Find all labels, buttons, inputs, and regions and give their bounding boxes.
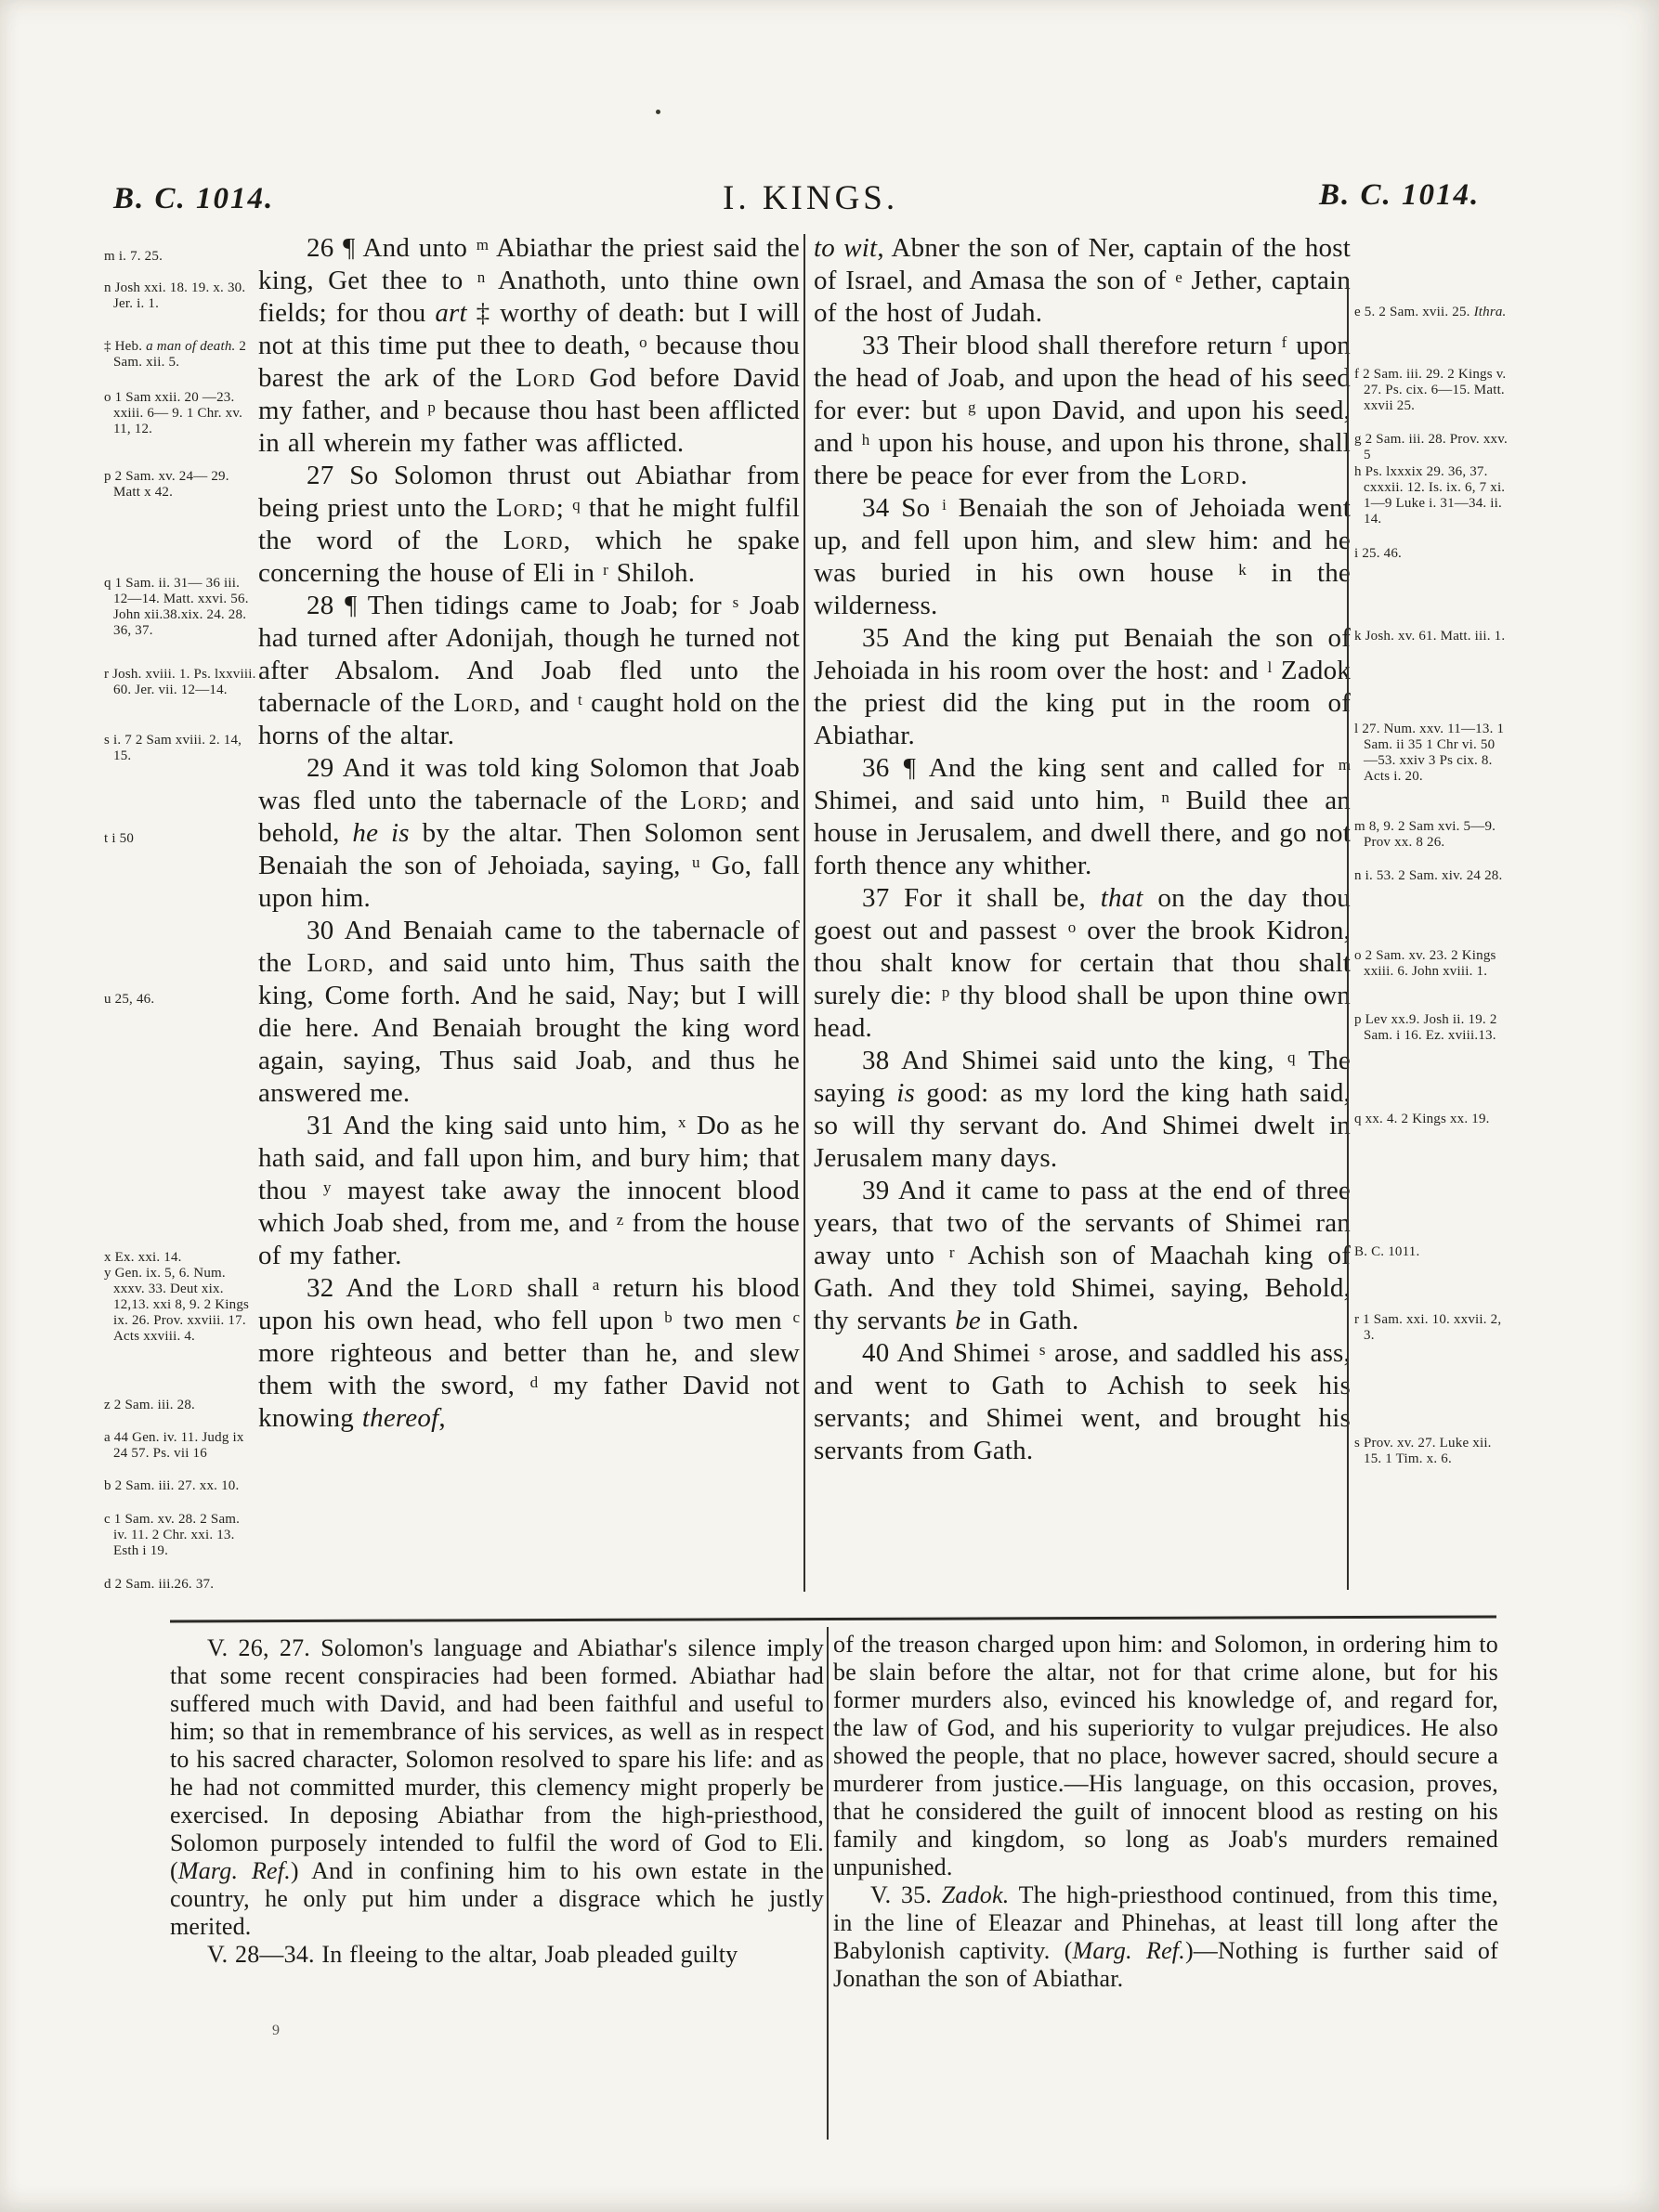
text-run: Shiloh. [608, 558, 695, 588]
verse-34: 34 So i Benaiah the son of Jehoiada went… [814, 492, 1351, 622]
ref-s: s i. 7 2 Sam xviii. 2. 14, 15. [104, 733, 257, 764]
ref-g: g 2 Sam. iii. 28. Prov. xxv. 5 [1354, 432, 1508, 463]
verse-32-continuation: to wit, Abner the son of Ner, captain of… [814, 232, 1351, 330]
text-run: ; [556, 493, 572, 523]
text-run: 37 For it shall be, [862, 883, 1101, 913]
reference-letter: k [1238, 561, 1247, 579]
ref-y: y Gen. ix. 5, 6. Num. xxxv. 33. Deut xix… [104, 1266, 257, 1345]
text-run: s i. 7 2 Sam xviii. 2. 14, 15. [104, 733, 242, 763]
text-run: 40 And Shimei [862, 1338, 1039, 1368]
reference-letter: d [530, 1373, 539, 1391]
reference-letter: c [792, 1308, 800, 1326]
text-run: thereof [362, 1403, 438, 1433]
book-page: B. C. 1014. I. KINGS. B. C. 1014. m i. 7… [0, 0, 1659, 2212]
text-run: 33 Their blood shall therefore return [862, 331, 1282, 360]
column-divider-rule [803, 234, 805, 1592]
commentary-section-rule [170, 1616, 1496, 1623]
verse-32: 32 And the Lord shall a return his blood… [258, 1272, 800, 1435]
ref-heb: ‡ Heb. a man of death. 2 Sam. xii. 5. [104, 339, 257, 371]
text-run: o 2 Sam. xv. 23. 2 Kings xxiii. 6. John … [1354, 948, 1496, 979]
text-run: y Gen. ix. 5, 6. Num. xxxv. 33. Deut xix… [104, 1266, 249, 1344]
ref-i: i 25. 46. [1354, 546, 1508, 562]
text-run: Lord [496, 493, 556, 523]
text-run: 38 And Shimei said unto the king, [862, 1046, 1287, 1075]
text-run: V. 28—34. In fleeing to the altar, Joab … [207, 1941, 738, 1968]
reference-letter: b [664, 1308, 673, 1326]
text-run: , [438, 1403, 445, 1433]
ref-a: a 44 Gen. iv. 11. Judg ix 24 57. Ps. vii… [104, 1430, 257, 1462]
text-run: in Gath. [981, 1306, 1078, 1335]
ref-x: x Ex. xxi. 14. [104, 1250, 257, 1266]
text-run: V. 35. [870, 1881, 942, 1908]
text-run: x Ex. xxi. 14. [104, 1250, 182, 1265]
text-run: u 25, 46. [104, 992, 154, 1007]
text-run: . [1240, 461, 1247, 490]
text-run: b 2 Sam. iii. 27. xx. 10. [104, 1478, 239, 1493]
ref-n: n Josh xxi. 18. 19. x. 30. Jer. i. 1. [104, 280, 257, 312]
text-run: , and [514, 688, 578, 718]
reference-letter: h [862, 431, 870, 449]
text-run: Lord [307, 948, 367, 978]
commentary-column-right: of the treason charged upon him: and Sol… [833, 1631, 1498, 1993]
ref-z: z 2 Sam. iii. 28. [104, 1398, 257, 1413]
text-run: s Prov. xv. 27. Luke xii. 15. 1 Tim. x. … [1354, 1436, 1492, 1466]
text-run: g 2 Sam. iii. 28. Prov. xxv. 5 [1354, 432, 1508, 462]
ref-d: d 2 Sam. iii.26. 37. [104, 1577, 257, 1593]
verse-28: 28 ¶ Then tidings came to Joab; for s Jo… [258, 590, 800, 752]
text-run: e 5. 2 Sam. xvii. 25. [1354, 305, 1474, 319]
text-run: n Josh xxi. 18. 19. x. 30. Jer. i. 1. [104, 280, 245, 311]
ref-k: k Josh. xv. 61. Matt. iii. 1. [1354, 629, 1508, 644]
ref-f: f 2 Sam. iii. 29. 2 Kings v. 27. Ps. cix… [1354, 367, 1508, 414]
text-run: i 25. 46. [1354, 546, 1402, 561]
verse-31: 31 And the king said unto him, x Do as h… [258, 1110, 800, 1272]
reference-letter: p [427, 398, 436, 416]
text-run: p 2 Sam. xv. 24— 29. Matt x 42. [104, 469, 229, 500]
text-run: c 1 Sam. xv. 28. 2 Sam. iv. 11. 2 Chr. x… [104, 1512, 240, 1558]
right-margin-divider-rule [1347, 279, 1349, 1590]
ink-speck [656, 110, 660, 114]
text-run: is [896, 1078, 915, 1108]
text-run: p Lev xx.9. Josh ii. 19. 2 Sam. i 16. Ez… [1354, 1012, 1497, 1043]
text-run: 28 ¶ Then tidings came to Joab; for [307, 591, 733, 620]
reference-letter: m [477, 236, 489, 254]
text-run: Ithra. [1474, 305, 1507, 319]
text-run: he is [352, 818, 409, 848]
ref-p2: p Lev xx.9. Josh ii. 19. 2 Sam. i 16. Ez… [1354, 1012, 1508, 1044]
text-run: q 1 Sam. ii. 31— 36 iii. 12—14. Matt. xx… [104, 576, 249, 638]
text-run: o 1 Sam xxii. 20 —23. xxiii. 6— 9. 1 Chr… [104, 390, 242, 436]
verse-27: 27 So Solomon thrust out Abiathar from b… [258, 460, 800, 590]
verse-39: 39 And it came to pass at the end of thr… [814, 1175, 1351, 1337]
ref-p: p 2 Sam. xv. 24— 29. Matt x 42. [104, 469, 257, 501]
text-run: a 44 Gen. iv. 11. Judg ix 24 57. Ps. vii… [104, 1430, 244, 1461]
ref-r: r Josh. xviii. 1. Ps. lxxviii. 60. Jer. … [104, 667, 257, 698]
ref-l: l 27. Num. xxv. 11—13. 1 Sam. ii 35 1 Ch… [1354, 722, 1508, 785]
text-run: f 2 Sam. iii. 29. 2 Kings v. 27. Ps. cix… [1354, 367, 1506, 413]
ref-t: t i 50 [104, 831, 257, 847]
text-run: t i 50 [104, 831, 134, 846]
commentary-column-left: V. 26, 27. Solomon's language and Abiath… [170, 1634, 824, 1969]
scripture-column-1: 26 ¶ And unto m Abiathar the priest said… [258, 232, 800, 1435]
text-run: Lord [453, 688, 514, 718]
ref-o: o 1 Sam xxii. 20 —23. xxiii. 6— 9. 1 Chr… [104, 390, 257, 437]
text-run: Marg. Ref. [178, 1857, 291, 1884]
verse-36: 36 ¶ And the king sent and called for m … [814, 752, 1351, 882]
verse-30: 30 And Benaiah came to the tabernacle of… [258, 915, 800, 1110]
verse-38: 38 And Shimei said unto the king, q The … [814, 1045, 1351, 1175]
ref-e: e 5. 2 Sam. xvii. 25. Ithra. [1354, 305, 1508, 320]
reference-letter: n [1161, 788, 1169, 806]
reference-letter: o [639, 333, 647, 351]
text-run: to wit [814, 233, 877, 263]
text-run: art [435, 298, 466, 328]
text-run: l 27. Num. xxv. 11—13. 1 Sam. ii 35 1 Ch… [1354, 722, 1504, 784]
ref-r2: r 1 Sam. xxi. 10. xxvii. 2, 3. [1354, 1312, 1508, 1344]
ref-n2: n i. 53. 2 Sam. xiv. 24 28. [1354, 868, 1508, 884]
ref-m2: m 8, 9. 2 Sam xvi. 5—9. Prov xx. 8 26. [1354, 819, 1508, 851]
page-title: I. KINGS. [723, 178, 898, 218]
text-run: Marg. Ref. [1072, 1937, 1184, 1964]
verse-29: 29 And it was told king Solomon that Joa… [258, 752, 800, 915]
printers-mark: 9 [272, 2023, 280, 2039]
verse-35: 35 And the king put Benaiah the son of J… [814, 622, 1351, 752]
verse-26: 26 ¶ And unto m Abiathar the priest said… [258, 232, 800, 460]
reference-letter: e [1175, 268, 1182, 286]
text-run: 31 And the king said unto him, [307, 1111, 678, 1140]
text-run: r 1 Sam. xxi. 10. xxvii. 2, 3. [1354, 1312, 1501, 1343]
reference-letter: m [1339, 756, 1351, 774]
text-run: Lord [680, 786, 740, 815]
text-run: that [1101, 883, 1143, 913]
reference-letter: u [692, 853, 700, 871]
text-run: Lord [516, 363, 576, 393]
text-run: 26 ¶ And unto [307, 233, 477, 263]
text-run: upon his house, and upon his throne, sha… [814, 428, 1351, 490]
text-run: ‡ Heb. [104, 339, 146, 354]
verse-40: 40 And Shimei s arose, and saddled his a… [814, 1337, 1351, 1467]
reference-letter: n [477, 268, 486, 286]
text-run: h Ps. lxxxix 29. 36, 37. cxxxii. 12. Is.… [1354, 464, 1505, 527]
commentary-divider-rule [827, 1627, 829, 2140]
text-run: r Josh. xviii. 1. Ps. lxxviii. 60. Jer. … [104, 667, 256, 697]
text-run: two men [673, 1306, 793, 1335]
note-v28-34-continuation: of the treason charged upon him: and Sol… [833, 1631, 1498, 1881]
ref-h: h Ps. lxxxix 29. 36, 37. cxxxii. 12. Is.… [1354, 464, 1508, 527]
ref-u: u 25, 46. [104, 992, 257, 1008]
ref-o2: o 2 Sam. xv. 23. 2 Kings xxiii. 6. John … [1354, 948, 1508, 980]
text-run: Shimei, and said unto him, [814, 786, 1161, 815]
reference-letter: q [572, 496, 581, 514]
ref-b: b 2 Sam. iii. 27. xx. 10. [104, 1478, 257, 1494]
text-run: V. 26, 27. Solomon's language and Abiath… [170, 1634, 824, 1884]
text-run: k Josh. xv. 61. Matt. iii. 1. [1354, 629, 1505, 644]
text-run: Lord [453, 1273, 514, 1303]
text-run: d 2 Sam. iii.26. 37. [104, 1577, 214, 1592]
text-run: z 2 Sam. iii. 28. [104, 1398, 195, 1412]
note-v26-27: V. 26, 27. Solomon's language and Abiath… [170, 1634, 824, 1941]
text-run: m 8, 9. 2 Sam xvi. 5—9. Prov xx. 8 26. [1354, 819, 1496, 850]
text-run: 36 ¶ And the king sent and called for [862, 753, 1339, 783]
text-run: shall [514, 1273, 593, 1303]
text-run: Lord [1181, 461, 1241, 490]
text-run: Zadok. [942, 1881, 1010, 1908]
text-run: a man of death. [146, 339, 235, 354]
ref-s2: s Prov. xv. 27. Luke xii. 15. 1 Tim. x. … [1354, 1436, 1508, 1467]
ref-q2: q xx. 4. 2 Kings xx. 19. [1354, 1112, 1508, 1127]
ref-c: c 1 Sam. xv. 28. 2 Sam. iv. 11. 2 Chr. x… [104, 1512, 257, 1559]
text-run: m i. 7. 25. [104, 249, 163, 264]
text-run: n i. 53. 2 Sam. xiv. 24 28. [1354, 868, 1502, 883]
note-v35: V. 35. Zadok. The high-priesthood contin… [833, 1881, 1498, 1993]
ref-m: m i. 7. 25. [104, 249, 257, 265]
note-v28-34: V. 28—34. In fleeing to the altar, Joab … [170, 1941, 824, 1969]
verse-37: 37 For it shall be, that on the day thou… [814, 882, 1351, 1045]
ref-q: q 1 Sam. ii. 31— 36 iii. 12—14. Matt. xx… [104, 576, 257, 639]
text-run: be [955, 1306, 981, 1335]
scripture-column-2: to wit, Abner the son of Ner, captain of… [814, 232, 1351, 1467]
verse-33: 33 Their blood shall therefore return f … [814, 330, 1351, 492]
text-run: B. C. 1011. [1354, 1244, 1419, 1259]
text-run: 32 And the [307, 1273, 453, 1303]
text-run: 34 So [862, 493, 942, 523]
text-run: q xx. 4. 2 Kings xx. 19. [1354, 1112, 1490, 1126]
text-run: of the treason charged upon him: and Sol… [833, 1631, 1498, 1880]
text-run: Lord [503, 526, 564, 555]
bc-1011: B. C. 1011. [1354, 1244, 1508, 1260]
